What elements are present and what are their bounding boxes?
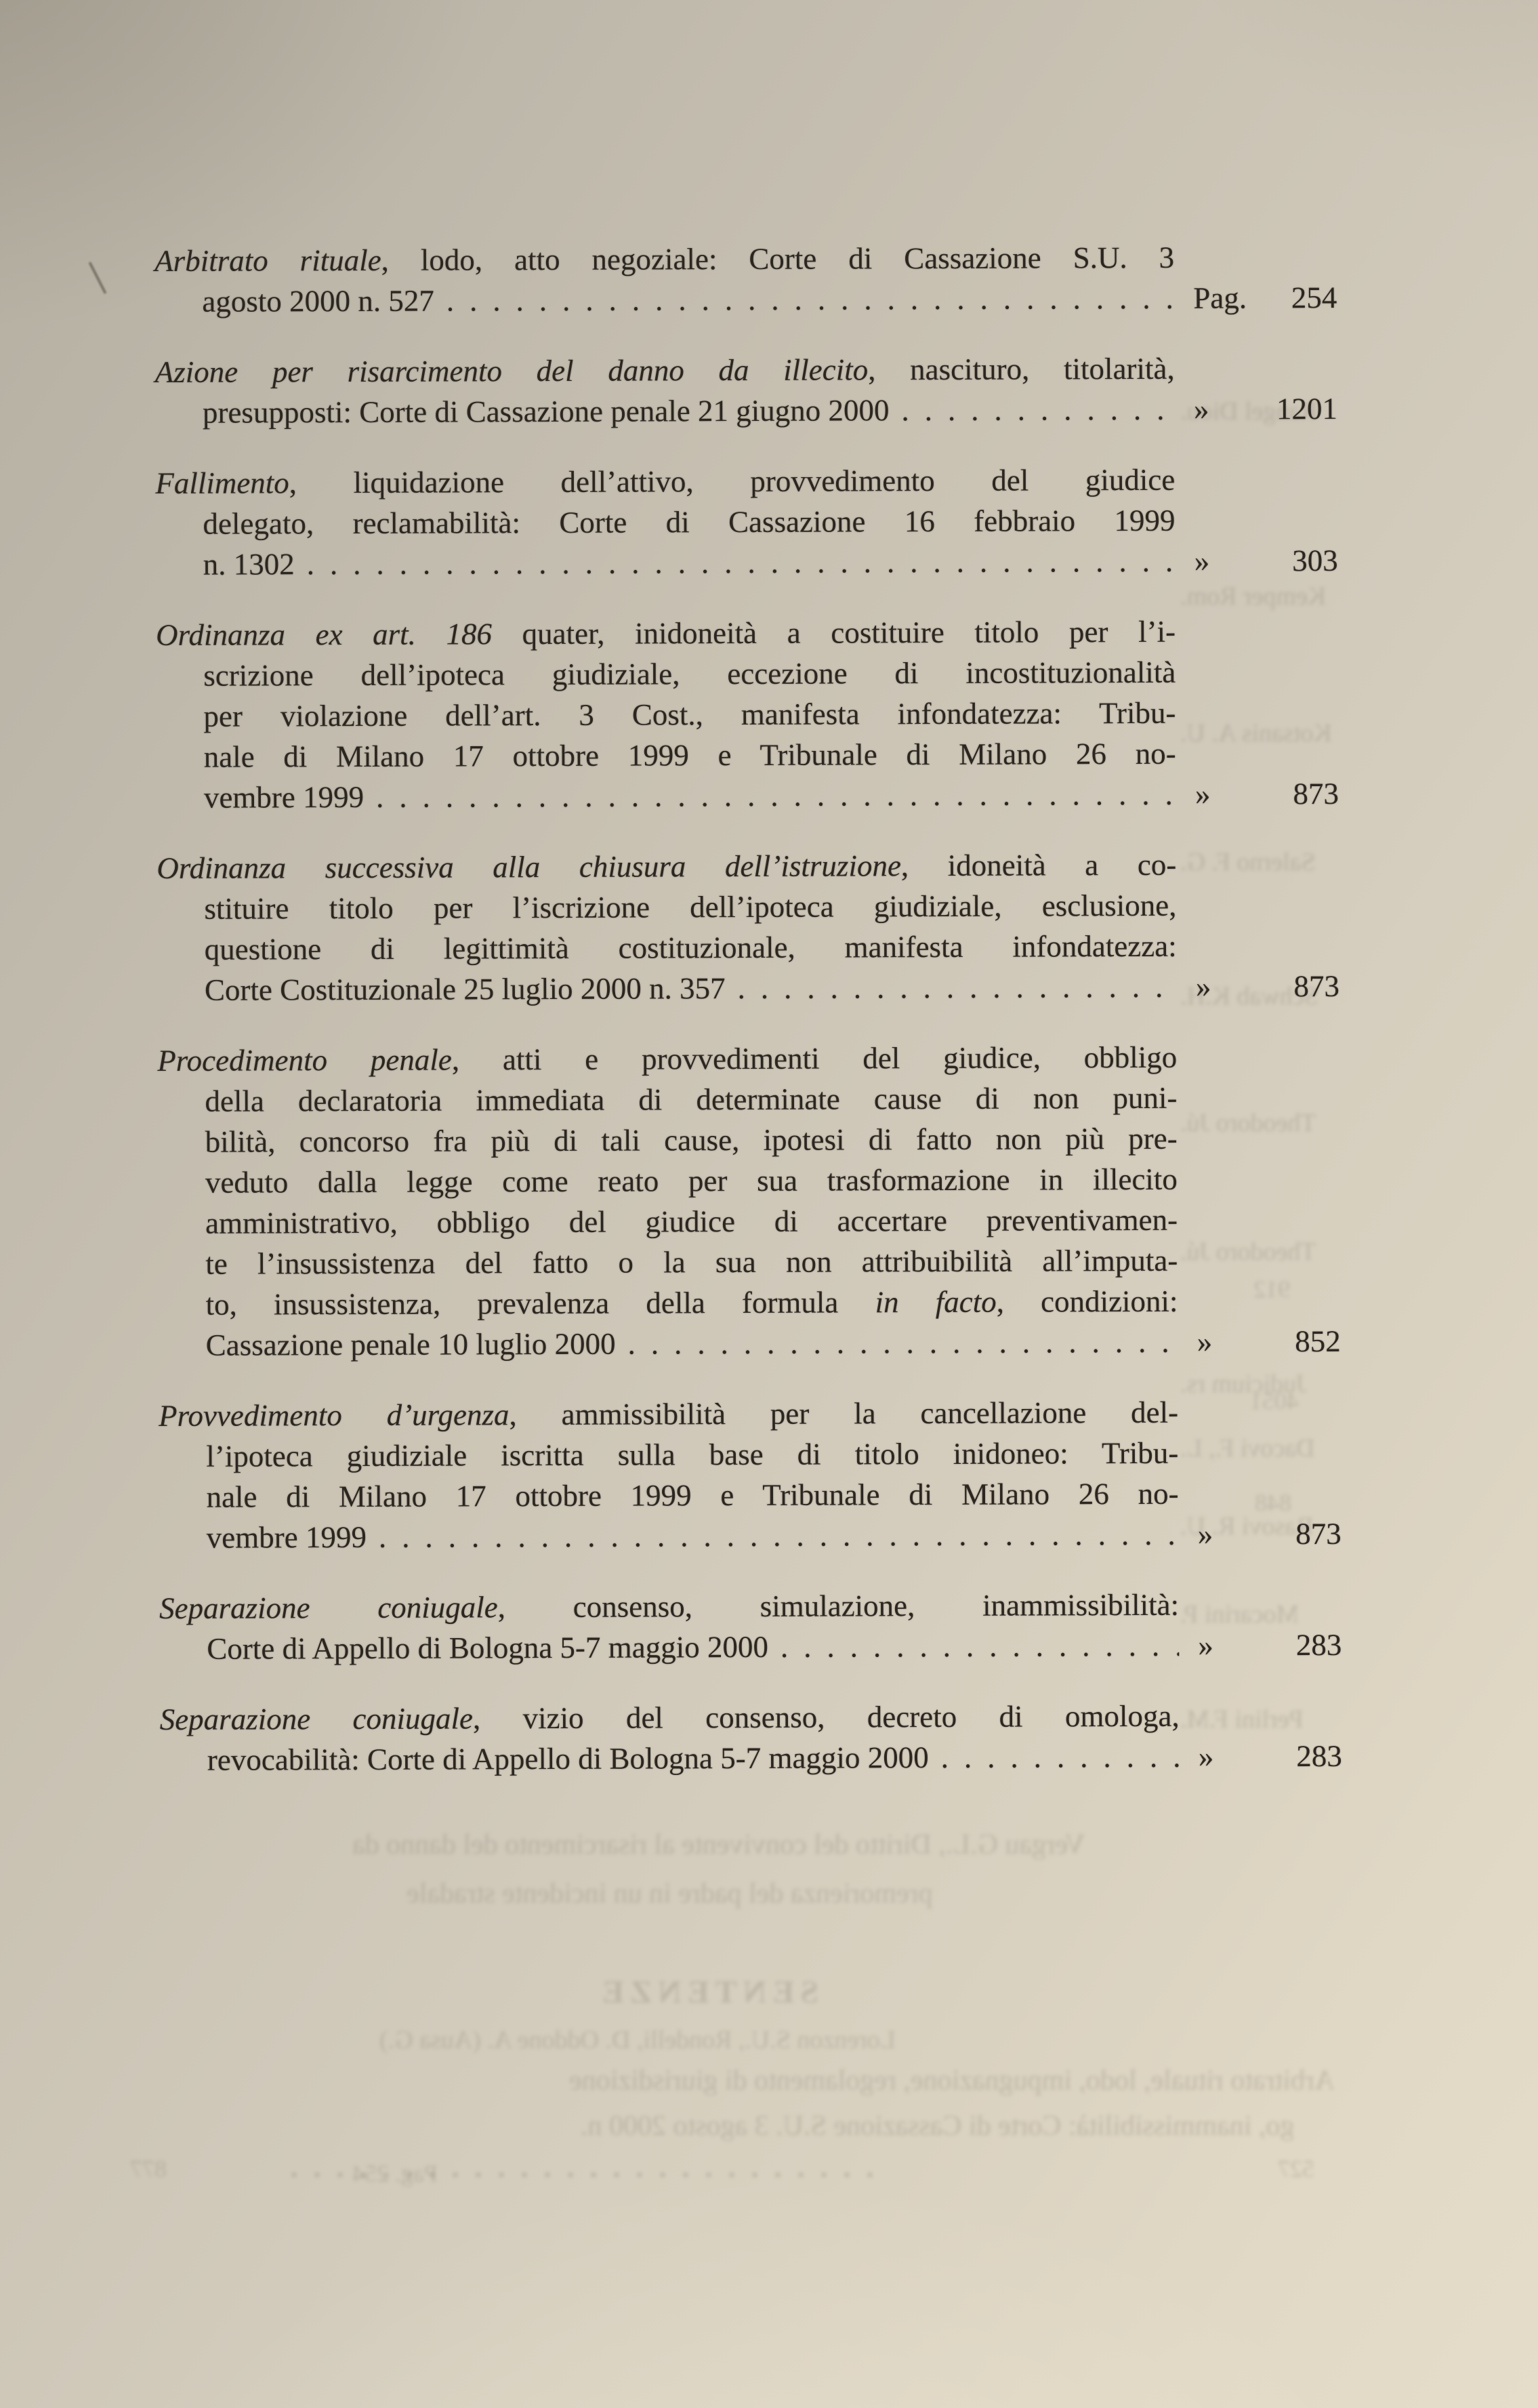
index-entry: Ordinanza ex art. 186 quater, inidoneità… xyxy=(156,611,1339,818)
bleedthrough-line: Lorenzon S.U., Rondelli, D. Oddone A. (A… xyxy=(379,2025,896,2055)
bleedthrough-line: Vergau G.L., Diritto del convivente al r… xyxy=(352,1830,1085,1860)
entry-text: , liquidazione dell’attivo, provvediment… xyxy=(289,463,1176,500)
ref-page-number: 303 xyxy=(1292,540,1338,581)
entry-text: Corte di Appello di Bologna 5-7 maggio 2… xyxy=(207,1630,768,1666)
index-entry: Fallimento, liquidazione dell’attivo, pr… xyxy=(155,459,1338,585)
entry-keyword-italic: Provvedimento d’urgenza xyxy=(159,1397,510,1433)
index-entry: Ordinanza successiva alla chiusura dell’… xyxy=(157,844,1339,1011)
dot-leader: ........................................… xyxy=(781,1625,1180,1667)
bleedthrough-heading-sentenze: SENTENZE xyxy=(596,1978,818,2007)
entry-keyword-italic: Fallimento xyxy=(155,466,289,500)
index-entry: Separazione coniugale, consenso, simulaz… xyxy=(159,1584,1342,1669)
entry-text: delegato, reclamabilità: Corte di Cassaz… xyxy=(203,504,1175,541)
bleedthrough-line: Arbitrato rituale, lodo, impugnazione, r… xyxy=(569,2066,1335,2096)
dot-leader: ........................................… xyxy=(901,389,1175,430)
index-entry: Azione per risarcimento del danno da ill… xyxy=(155,348,1337,433)
page-reference: »873 xyxy=(1198,1513,1342,1555)
page-reference: »873 xyxy=(1196,966,1339,1007)
entry-line: veduto dalla legge come reato per sua tr… xyxy=(205,1159,1178,1203)
entry-line: Azione per risarcimento del danno da ill… xyxy=(155,348,1175,392)
ref-page-number: 852 xyxy=(1295,1321,1341,1362)
page-reference: »852 xyxy=(1197,1321,1341,1362)
entry-text: Corte Costituzionale 25 luglio 2000 n. 3… xyxy=(205,971,726,1007)
entry-text: , nascituro, titolarità, xyxy=(868,352,1175,387)
entry-text: te l’insussistenza del fatto o la sua no… xyxy=(205,1244,1178,1281)
bleedthrough-dot-leader xyxy=(291,2172,888,2178)
entry-line: Corte di Appello di Bologna 5-7 maggio 2… xyxy=(207,1625,1179,1669)
entry-text: vembre 1999 xyxy=(204,780,364,815)
entry-text: Cassazione penale 10 luglio 2000 xyxy=(206,1327,616,1362)
index-entry: Procedimento penale, atti e provvediment… xyxy=(157,1036,1341,1366)
entry-keyword-italic: Ordinanza ex art. 186 xyxy=(156,617,492,652)
index-entry: Provvedimento d’urgenza, ammissibilità p… xyxy=(159,1391,1342,1558)
entry-line: nale di Milano 17 ottobre 1999 e Tribuna… xyxy=(206,1473,1178,1517)
entry-line: Arbitrato rituale, lodo, atto negoziale:… xyxy=(154,237,1174,281)
ref-page-number: 873 xyxy=(1295,1513,1342,1554)
entry-line: nale di Milano 17 ottobre 1999 e Tribuna… xyxy=(204,733,1176,777)
ref-page-number: 873 xyxy=(1293,773,1339,814)
dot-leader: ........................................… xyxy=(376,774,1176,817)
entry-line: della declaratoria immediata di determin… xyxy=(205,1078,1177,1122)
page-reference: »283 xyxy=(1198,1625,1342,1666)
dot-leader: ........................................… xyxy=(737,966,1177,1008)
entry-line: Procedimento penale, atti e provvediment… xyxy=(157,1037,1177,1081)
ref-page-number: 873 xyxy=(1293,966,1339,1006)
entry-text: veduto dalla legge come reato per sua tr… xyxy=(205,1162,1178,1200)
page-reference: »873 xyxy=(1195,773,1339,815)
page-reference: »303 xyxy=(1194,540,1338,581)
entry-text: , idoneità a co- xyxy=(901,848,1177,882)
entry-text: , lodo, atto negoziale: Corte di Cassazi… xyxy=(381,241,1175,277)
entry-text: to, insussistenza, prevalenza della form… xyxy=(205,1285,875,1321)
entry-text: nale di Milano 17 ottobre 1999 e Tribuna… xyxy=(206,1477,1178,1514)
entry-line: amministrativo, obbligo del giudice di a… xyxy=(205,1200,1178,1244)
book-page-photo: Rangel Diou.Kemper Rom.Kotsanis A. U.Sal… xyxy=(0,0,1538,2408)
entry-keyword-italic: Ordinanza successiva alla chiusura dell’… xyxy=(157,849,901,885)
ref-symbol-guillemet: » xyxy=(1198,1514,1213,1555)
entry-line: Separazione coniugale, consenso, simulaz… xyxy=(159,1585,1179,1629)
entry-keyword-italic: Azione per risarcimento del danno da ill… xyxy=(155,352,869,389)
entry-line: te l’insussistenza del fatto o la sua no… xyxy=(205,1240,1178,1284)
entry-text: questione di legittimità costituzionale,… xyxy=(205,929,1177,966)
entry-line: Cassazione penale 10 luglio 2000........… xyxy=(206,1322,1178,1366)
bleedthrough-line: premorienza del padre in un incidente st… xyxy=(407,1879,933,1909)
ref-symbol-guillemet: » xyxy=(1197,1322,1213,1362)
entry-keyword-italic: Procedimento penale xyxy=(157,1043,452,1078)
entry-text: amministrativo, obbligo del giudice di a… xyxy=(205,1203,1178,1240)
index-entries-block: Arbitrato rituale, lodo, atto negoziale:… xyxy=(154,237,1342,1780)
dot-leader: ........................................… xyxy=(307,541,1176,584)
entry-text: revocabilità: Corte di Appello di Bologn… xyxy=(207,1740,929,1777)
stray-mark xyxy=(88,262,106,294)
ref-symbol-guillemet: » xyxy=(1198,1625,1213,1666)
entry-line: Separazione coniugale, vizio del consens… xyxy=(160,1696,1180,1740)
ref-symbol-guillemet: » xyxy=(1196,966,1211,1007)
entry-text: n. 1302 xyxy=(203,547,295,581)
entry-text: , vizio del consenso, decreto di omologa… xyxy=(473,1699,1180,1736)
entry-line: Fallimento, liquidazione dell’attivo, pr… xyxy=(155,460,1175,504)
index-entry: Separazione coniugale, vizio del consens… xyxy=(160,1695,1342,1780)
entry-line: l’ipoteca giudiziale iscritta sulla base… xyxy=(206,1433,1178,1477)
entry-text: l’ipoteca giudiziale iscritta sulla base… xyxy=(206,1436,1178,1473)
page-reference: »1201 xyxy=(1194,388,1337,430)
ref-page-number: 254 xyxy=(1291,277,1337,318)
dot-leader: ........................................… xyxy=(627,1322,1178,1364)
entry-line: bilità, concorso fra più di tali cause, … xyxy=(205,1118,1178,1162)
entry-line: vembre 1999.............................… xyxy=(204,774,1176,818)
entry-keyword-italic: Separazione coniugale xyxy=(160,1701,473,1736)
dot-leader: ........................................… xyxy=(446,278,1175,321)
entry-text: vembre 1999 xyxy=(207,1520,367,1555)
entry-keyword-italic: Separazione coniugale xyxy=(159,1590,498,1625)
entry-line: to, insussistenza, prevalenza della form… xyxy=(205,1281,1178,1325)
ref-label-pag: Pag. xyxy=(1193,277,1247,318)
entry-line: revocabilità: Corte di Appello di Bologn… xyxy=(207,1736,1180,1780)
entry-text: per violazione dell’art. 3 Cost., manife… xyxy=(203,696,1176,733)
bleedthrough-line: go, inammissibilità: Corte di Cassazione… xyxy=(581,2111,1294,2141)
entry-line: per violazione dell’art. 3 Cost., manife… xyxy=(203,693,1176,737)
entry-text: agosto 2000 n. 527 xyxy=(202,284,434,319)
entry-line: presupposti: Corte di Cassazione penale … xyxy=(203,389,1175,433)
entry-text: , consenso, simulazione, inammissibilità… xyxy=(498,1588,1179,1625)
dot-leader: ........................................… xyxy=(379,1514,1179,1557)
entry-text: nale di Milano 17 ottobre 1999 e Tribuna… xyxy=(204,737,1176,774)
entry-line: Provvedimento d’urgenza, ammissibilità p… xyxy=(159,1392,1178,1436)
ref-page-number: 283 xyxy=(1296,1736,1342,1776)
entry-text: stituire titolo per l’iscrizione dell’ip… xyxy=(204,889,1176,926)
entry-keyword-italic: in facto xyxy=(875,1285,996,1320)
entry-text: presupposti: Corte di Cassazione penale … xyxy=(203,393,890,430)
ref-symbol-guillemet: » xyxy=(1199,1736,1214,1777)
ref-symbol-guillemet: » xyxy=(1195,774,1211,815)
entry-text: , condizioni: xyxy=(997,1284,1178,1319)
ref-symbol-guillemet: » xyxy=(1194,541,1210,581)
entry-keyword-italic: Arbitrato rituale xyxy=(154,243,381,278)
entry-line: stituire titolo per l’iscrizione dell’ip… xyxy=(204,885,1176,929)
entry-text: , ammissibilità per la cancellazione del… xyxy=(509,1395,1178,1431)
entry-text: scrizione dell’ipoteca giudiziale, eccez… xyxy=(203,655,1176,693)
entry-line: delegato, reclamabilità: Corte di Cassaz… xyxy=(203,500,1175,544)
entry-text: della declaratoria immediata di determin… xyxy=(205,1081,1177,1118)
entry-line: Ordinanza ex art. 186 quater, inidoneità… xyxy=(156,611,1176,655)
entry-line: questione di legittimità costituzionale,… xyxy=(205,926,1177,970)
ref-symbol-guillemet: » xyxy=(1194,389,1209,430)
page-reference: Pag.254 xyxy=(1193,277,1337,319)
entry-text: quater, inidoneità a costituire titolo p… xyxy=(492,615,1176,651)
entry-line: agosto 2000 n. 527......................… xyxy=(202,278,1174,322)
ref-page-number: 283 xyxy=(1296,1625,1342,1665)
entry-line: n. 1302.................................… xyxy=(203,541,1176,585)
entry-line: Corte Costituzionale 25 luglio 2000 n. 3… xyxy=(205,966,1177,1011)
entry-line: vembre 1999.............................… xyxy=(207,1514,1179,1558)
entry-text: bilità, concorso fra più di tali cause, … xyxy=(205,1122,1178,1159)
entry-line: Ordinanza successiva alla chiusura dell’… xyxy=(157,844,1176,889)
page-reference: »283 xyxy=(1199,1736,1342,1777)
dot-leader: ........................................… xyxy=(941,1736,1180,1778)
index-entry: Arbitrato rituale, lodo, atto negoziale:… xyxy=(154,237,1337,322)
entry-text: , atti e provvedimenti del giudice, obbl… xyxy=(452,1040,1178,1077)
ref-page-number: 1201 xyxy=(1276,388,1337,429)
entry-line: scrizione dell’ipoteca giudiziale, eccez… xyxy=(203,652,1176,696)
bleedthrough-line: 527 xyxy=(1278,2154,1314,2184)
bleedthrough-line: 877 xyxy=(130,2154,167,2184)
